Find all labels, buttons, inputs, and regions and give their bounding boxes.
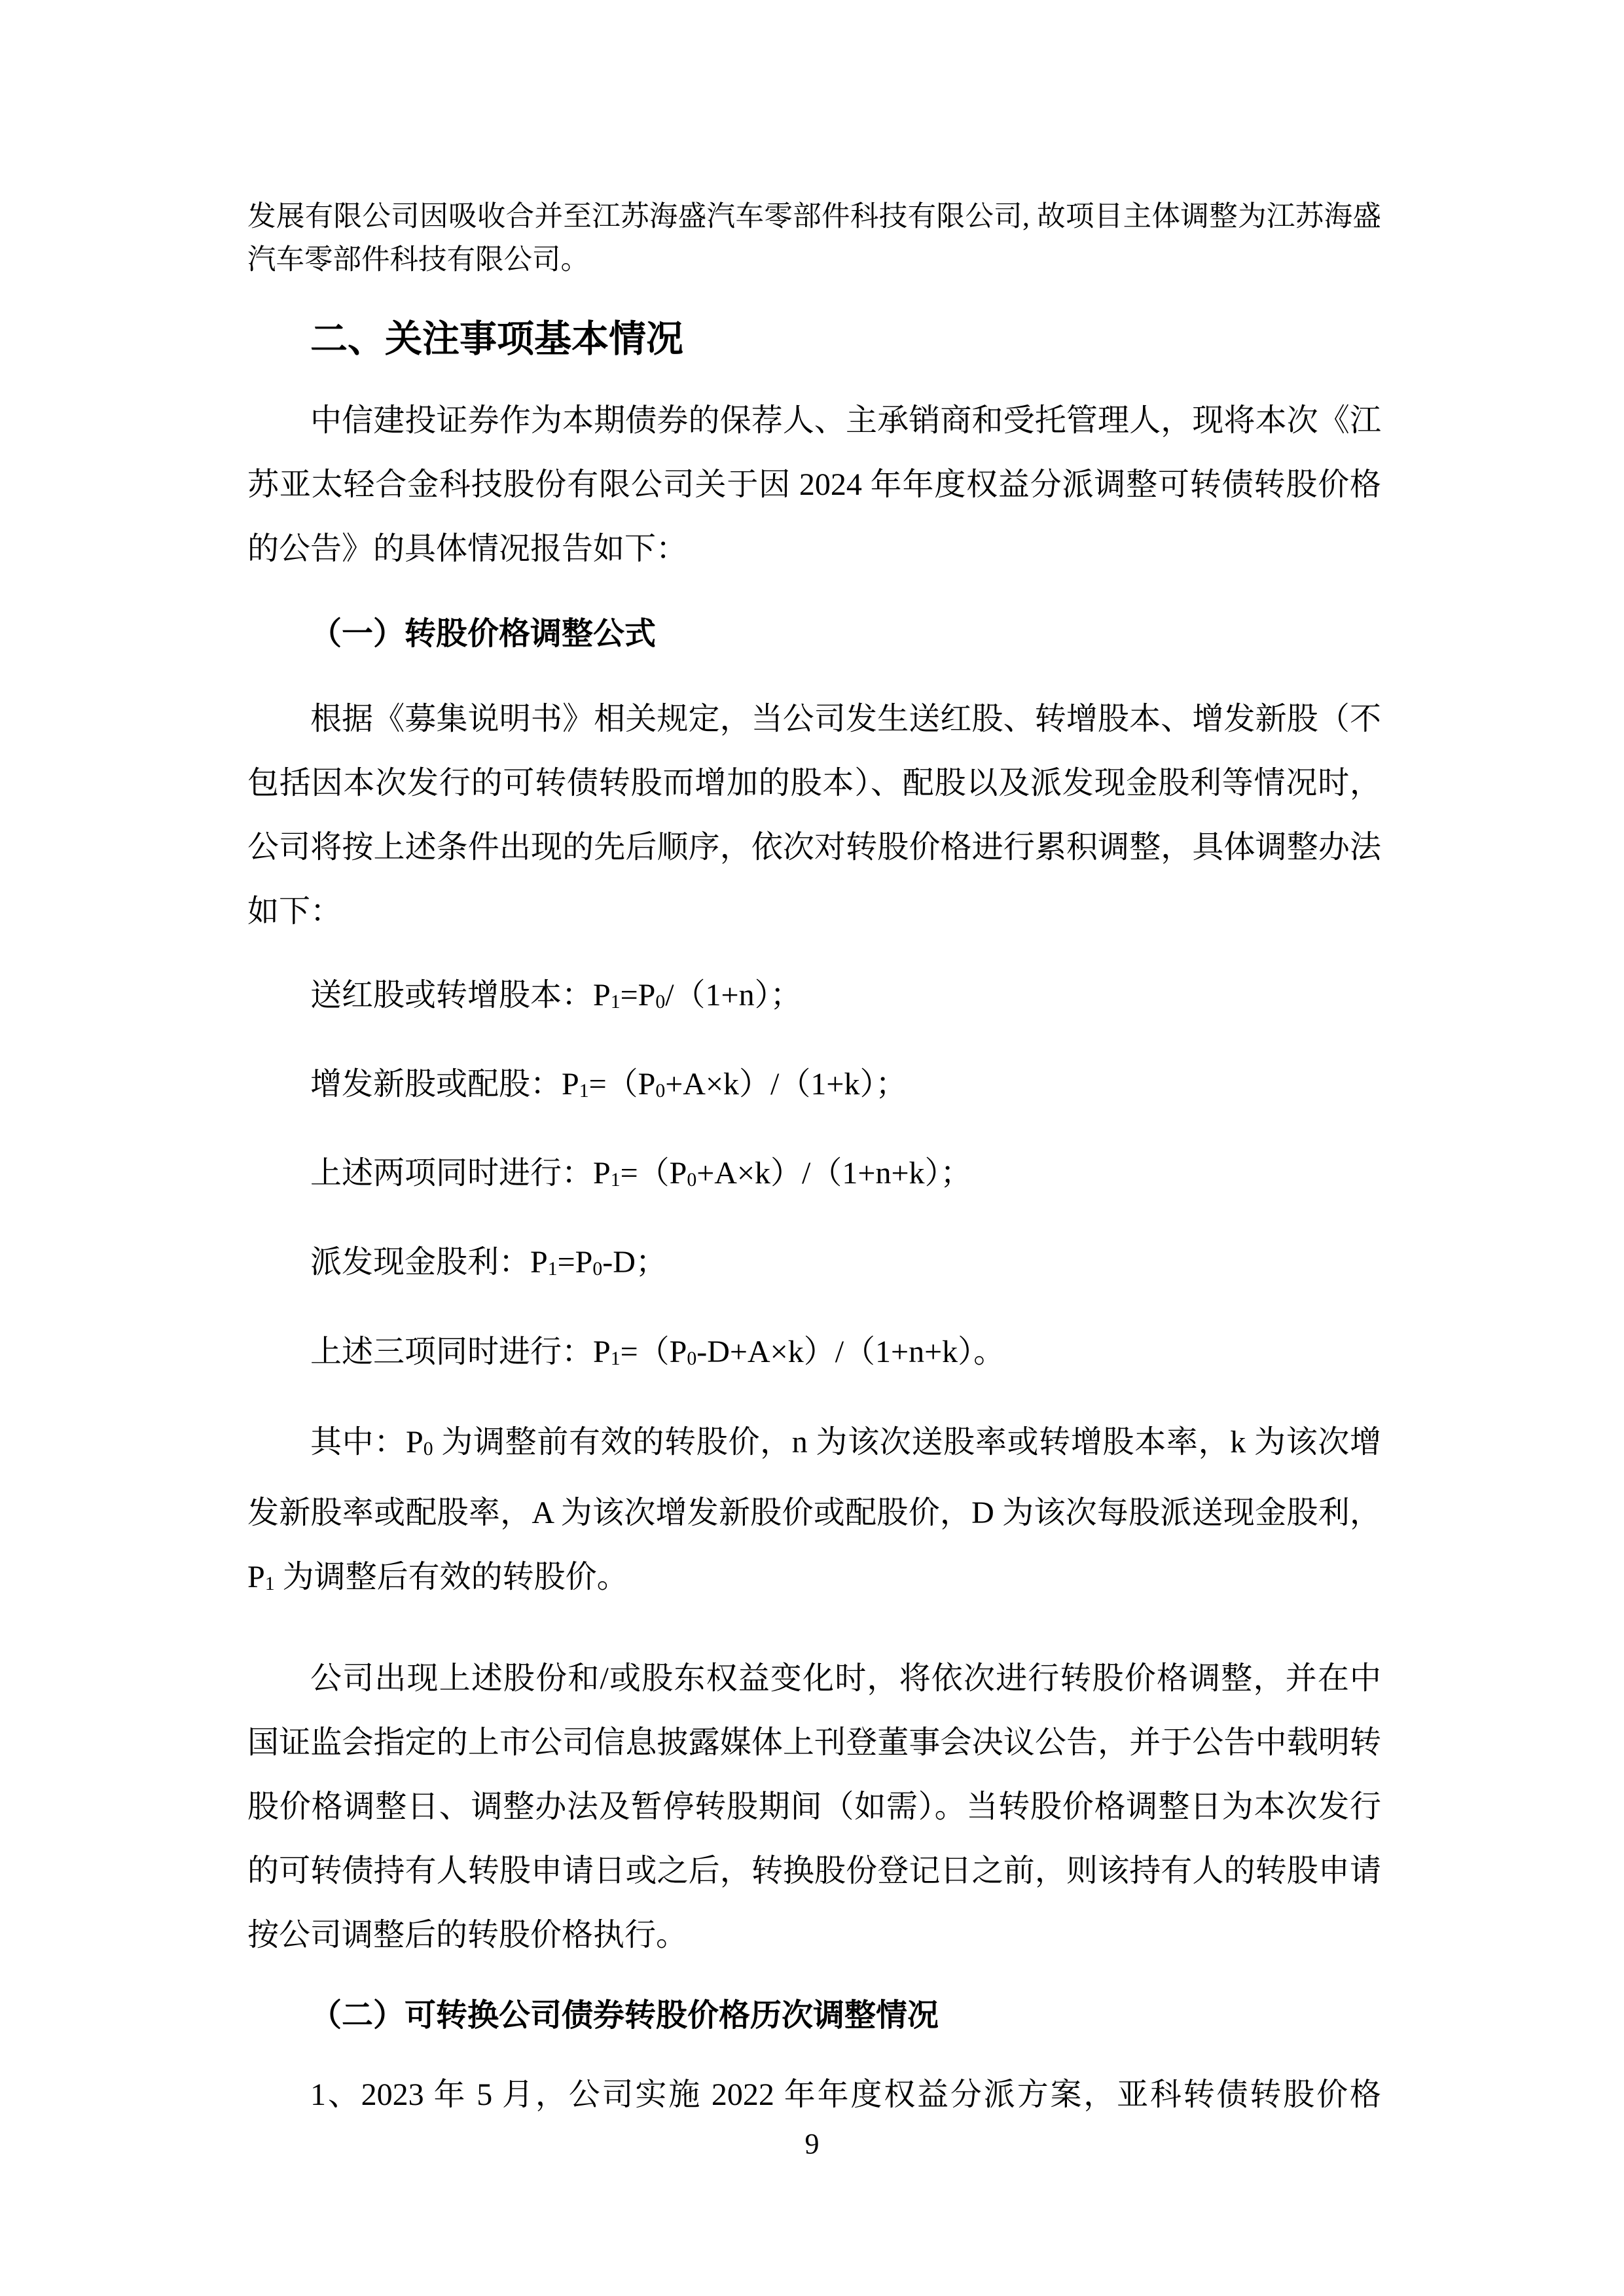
text-run: 中信建投证券作为本期债券的保荐人、主承销商和受托管理人，现将本次《江苏亚太轻合金… <box>247 403 1381 566</box>
text-run: =（P <box>621 1335 687 1369</box>
text-run: 1、2023 年 5 月，公司实施 2022 年年度权益分派方案，亚科转债转股价… <box>310 2077 1381 2112</box>
subsection-heading: （二）可转换公司债券转股价格历次调整情况 <box>247 1984 1381 2048</box>
text-run: （一）转股价格调整公式 <box>310 617 656 651</box>
text-run: 发展有限公司因吸收合并至江苏海盛汽车零部件科技有限公司, 故项目主体调整为江苏海… <box>247 201 1381 276</box>
formula-subscript: 0 <box>424 1438 433 1460</box>
formula-line: 上述两项同时进行：P1=（P0+A×k）/（1+n+k）； <box>247 1141 1381 1212</box>
text-run: /（1+n）； <box>665 978 801 1013</box>
paragraph: 公司出现上述股份和/或股东权益变化时，将依次进行转股价格调整，并在中国证监会指定… <box>247 1647 1381 1967</box>
text-run: =P <box>558 1245 593 1280</box>
subsection-heading: （一）转股价格调整公式 <box>247 602 1381 666</box>
formula-line: 送红股或转增股本：P1=P0/（1+n）； <box>247 963 1381 1034</box>
paragraph: 中信建投证券作为本期债券的保荐人、主承销商和受托管理人，现将本次《江苏亚太轻合金… <box>247 389 1381 581</box>
formula-subscript: 1 <box>611 1169 621 1191</box>
document-page: 发展有限公司因吸收合并至江苏海盛汽车零部件科技有限公司, 故项目主体调整为江苏海… <box>0 0 1624 2296</box>
formula-subscript: 1 <box>611 991 621 1013</box>
text-run: -D+A×k）/（1+n+k）。 <box>696 1335 1005 1369</box>
formula-subscript: 0 <box>687 1169 696 1191</box>
paragraph: 其中：P0 为调整前有效的转股价，n 为该次送股率或转增股本率，k 为该次增发新… <box>247 1410 1381 1616</box>
text-run: =（P <box>589 1067 656 1102</box>
document-body: 发展有限公司因吸收合并至江苏海盛汽车零部件科技有限公司, 故项目主体调整为江苏海… <box>247 195 1381 2127</box>
page-number: 9 <box>0 2127 1624 2162</box>
text-run: 上述三项同时进行：P <box>310 1335 611 1369</box>
formula-subscript: 0 <box>655 991 665 1013</box>
formula-subscript: 1 <box>548 1259 558 1280</box>
text-run: 其中：P <box>310 1425 424 1460</box>
formula-line: 派发现金股利：P1=P0-D； <box>247 1230 1381 1301</box>
formula-subscript: 1 <box>265 1573 275 1594</box>
formula-subscript: 1 <box>611 1348 621 1369</box>
text-run: 为调整后有效的转股价。 <box>275 1560 628 1594</box>
formula-subscript: 0 <box>687 1348 696 1369</box>
text-run: -D； <box>602 1245 667 1280</box>
text-run: 二、关注事项基本情况 <box>310 319 683 360</box>
text-run: +A×k）/（1+k）； <box>665 1067 907 1102</box>
formula-subscript: 0 <box>592 1259 602 1280</box>
formula-subscript: 1 <box>579 1080 589 1102</box>
formula-line: 上述三项同时进行：P1=（P0-D+A×k）/（1+n+k）。 <box>247 1320 1381 1391</box>
paragraph: 根据《募集说明书》相关规定，当公司发生送红股、转增股本、增发新股（不包括因本次发… <box>247 687 1381 944</box>
text-run: =P <box>621 978 656 1013</box>
text-run: 根据《募集说明书》相关规定，当公司发生送红股、转增股本、增发新股（不包括因本次发… <box>247 702 1381 929</box>
text-run: 派发现金股利：P <box>310 1245 548 1280</box>
text-run: 公司出现上述股份和/或股东权益变化时，将依次进行转股价格调整，并在中国证监会指定… <box>247 1661 1381 1952</box>
text-run: +A×k）/（1+n+k）； <box>696 1156 971 1191</box>
text-run: （二）可转换公司债券转股价格历次调整情况 <box>310 1998 939 2033</box>
paragraph: 发展有限公司因吸收合并至江苏海盛汽车零部件科技有限公司, 故项目主体调整为江苏海… <box>247 195 1381 281</box>
text-run: 增发新股或配股：P <box>310 1067 579 1102</box>
text-run: =（P <box>621 1156 687 1191</box>
text-run: 送红股或转增股本：P <box>310 978 611 1013</box>
formula-line: 增发新股或配股：P1=（P0+A×k）/（1+k）； <box>247 1052 1381 1123</box>
paragraph: 1、2023 年 5 月，公司实施 2022 年年度权益分派方案，亚科转债转股价… <box>247 2063 1381 2127</box>
formula-subscript: 0 <box>655 1080 665 1102</box>
section-heading: 二、关注事项基本情况 <box>247 308 1381 372</box>
text-run: 上述两项同时进行：P <box>310 1156 611 1191</box>
